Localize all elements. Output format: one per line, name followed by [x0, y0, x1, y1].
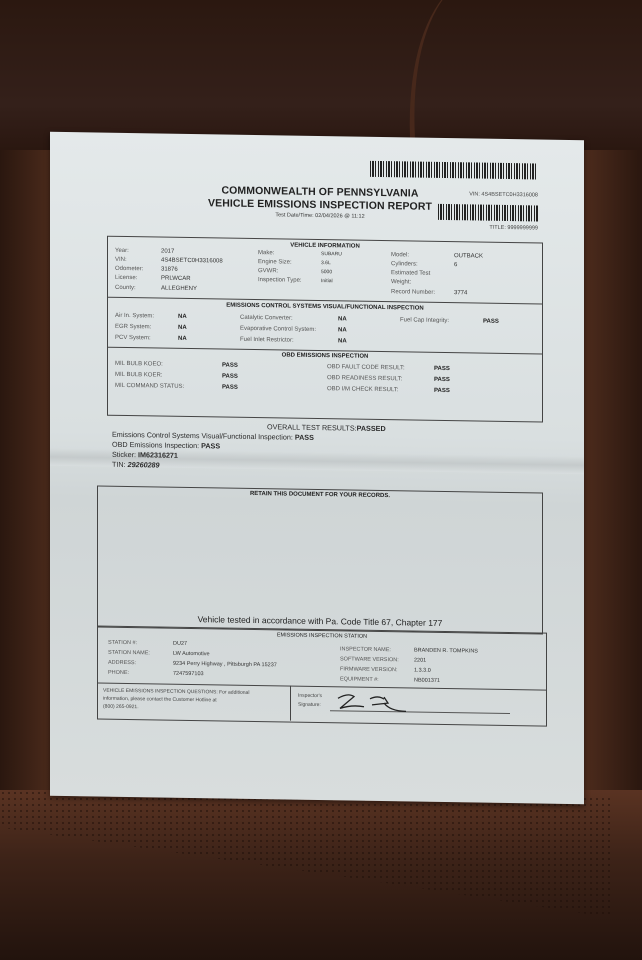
- software-version-value: 2201: [414, 658, 426, 664]
- engine-size-label: Engine Size:: [258, 259, 292, 266]
- barcode-vin: [370, 161, 536, 180]
- year-label: Year:: [115, 248, 129, 254]
- firmware-version-value: 1.3.3.0: [414, 668, 431, 674]
- fuel-inlet-restrictor-label: Fuel Inlet Restrictor:: [240, 337, 294, 344]
- station-box: EMISSIONS INSPECTION STATION STATION #: …: [97, 626, 547, 727]
- year-value: 2017: [161, 249, 174, 255]
- overall-visual-value: PASS: [295, 433, 314, 442]
- overall-result-label: OVERALL TEST RESULTS:: [267, 422, 357, 432]
- engine-size-value: 3.6L: [321, 260, 331, 266]
- record-number-value: 3774: [454, 290, 467, 296]
- sticker-number: IM62316271: [138, 450, 178, 460]
- catalytic-converter-value: NA: [338, 316, 347, 322]
- obd-readiness-label: OBD READINESS RESULT:: [327, 375, 402, 382]
- pcv-system-value: NA: [178, 336, 187, 342]
- overall-result: OVERALL TEST RESULTS:PASSED: [267, 422, 386, 433]
- overall-obd-value: PASS: [201, 441, 220, 450]
- fuel-cap-integrity-value: PASS: [483, 319, 499, 325]
- make-value: SUBARU: [321, 251, 342, 257]
- inspector-signature: [334, 690, 414, 715]
- model-label: Model:: [391, 252, 409, 258]
- cylinders-label: Cylinders:: [391, 261, 418, 267]
- retain-notice: RETAIN THIS DOCUMENT FOR YOUR RECORDS.: [98, 489, 542, 502]
- record-number-label: Record Number:: [391, 289, 435, 296]
- inspector-name-value: BRANDEN R. TOMPKINS: [414, 648, 478, 655]
- footer-divider: [290, 686, 291, 721]
- mil-bulb-koeo-label: MIL BULB KOEO:: [115, 361, 163, 368]
- gvwr-value: 5000: [321, 269, 332, 275]
- tin-number: 29260289: [128, 460, 160, 470]
- inspection-type-label: Inspection Type:: [258, 277, 302, 284]
- station-name-value: LW Automotive: [173, 651, 210, 658]
- phone-label: PHONE:: [108, 670, 129, 676]
- retain-box: RETAIN THIS DOCUMENT FOR YOUR RECORDS. V…: [97, 486, 543, 635]
- air-in-system-label: Air In. System:: [115, 313, 154, 320]
- station-name-label: STATION NAME:: [108, 650, 150, 657]
- station-number-label: STATION #:: [108, 640, 137, 646]
- car-seat-left-bolster: [0, 150, 50, 810]
- emissions-report-paper: VIN: 4S4BSETC0H3316008 TITLE: 9999999999…: [50, 132, 584, 804]
- header-title-number: TITLE: 9999999999: [410, 223, 538, 231]
- barcode-title: [438, 204, 538, 222]
- mil-bulb-koer-value: PASS: [222, 374, 238, 380]
- car-seat-right-bolster: [582, 150, 642, 810]
- estimated-test-label: Estimated Test: [391, 270, 430, 277]
- tin-line: TIN: 29260289: [112, 460, 160, 470]
- phone-value: 7247597103: [173, 671, 204, 677]
- egr-system-label: EGR System:: [115, 324, 151, 331]
- software-version-label: SOFTWARE VERSION:: [340, 656, 399, 663]
- fuel-cap-integrity-label: Fuel Cap Integrity:: [400, 317, 449, 324]
- inspection-type-value: Initial: [321, 278, 333, 284]
- equipment-number-value: NB001371: [414, 678, 440, 684]
- gvwr-label: GVWR:: [258, 268, 278, 274]
- vin-value: 4S4BSETC0H3316008: [161, 258, 223, 265]
- obd-im-check-label: OBD I/M CHECK RESULT:: [327, 386, 399, 393]
- equipment-number-label: EQUIPMENT #:: [340, 676, 379, 683]
- sticker-line: Sticker: IM62316271: [112, 450, 178, 460]
- model-value: OUTBACK: [454, 253, 483, 259]
- station-number-value: DU27: [173, 641, 187, 647]
- address-label: ADDRESS:: [108, 660, 136, 666]
- obd-im-check-value: PASS: [434, 388, 450, 394]
- inspection-details-box: VEHICLE INFORMATION Year: 2017 VIN: 4S4B…: [107, 236, 543, 423]
- egr-system-value: NA: [178, 325, 187, 331]
- cylinders-value: 6: [454, 262, 457, 268]
- overall-result-value: PASSED: [357, 424, 386, 433]
- weight-label: Weight:: [391, 279, 411, 285]
- vin-label: VIN:: [115, 257, 127, 263]
- mil-bulb-koer-label: MIL BULB KOER:: [115, 372, 162, 379]
- firmware-version-label: FIRMWARE VERSION:: [340, 666, 398, 673]
- air-in-system-value: NA: [178, 314, 187, 320]
- mil-command-status-value: PASS: [222, 385, 238, 391]
- license-value: PRLWCAR: [161, 276, 191, 282]
- make-label: Make:: [258, 250, 274, 256]
- license-label: License:: [115, 275, 137, 281]
- mil-command-status-label: MIL COMMAND STATUS:: [115, 383, 184, 390]
- hotline-notice: VEHICLE EMISSIONS INSPECTION QUESTIONS: …: [103, 687, 249, 713]
- county-label: County:: [115, 285, 136, 291]
- obd-fault-code-value: PASS: [434, 366, 450, 372]
- overall-obd-line: OBD Emissions Inspection: PASS: [112, 440, 220, 451]
- county-value: ALLEGHENY: [161, 286, 197, 293]
- obd-readiness-value: PASS: [434, 377, 450, 383]
- address-value: 9234 Perry Highway , Pittsburgh PA 15237: [173, 661, 277, 669]
- evaporative-control-value: NA: [338, 327, 347, 333]
- inspector-name-label: INSPECTOR NAME:: [340, 646, 391, 653]
- obd-fault-code-label: OBD FAULT CODE RESULT:: [327, 364, 405, 371]
- report-title: COMMONWEALTH OF PENNSYLVANIA VEHICLE EMI…: [200, 184, 440, 214]
- fuel-inlet-restrictor-value: NA: [338, 338, 347, 344]
- signature-label: Inspector's Signature:: [298, 692, 322, 710]
- evaporative-control-label: Evaporative Control System:: [240, 326, 316, 333]
- pcv-system-label: PCV System:: [115, 335, 151, 342]
- station-title: EMISSIONS INSPECTION STATION: [98, 630, 546, 643]
- odometer-value: 31876: [161, 267, 178, 273]
- odometer-label: Odometer:: [115, 266, 143, 272]
- mil-bulb-koeo-value: PASS: [222, 363, 238, 369]
- catalytic-converter-label: Catalytic Converter:: [240, 315, 293, 322]
